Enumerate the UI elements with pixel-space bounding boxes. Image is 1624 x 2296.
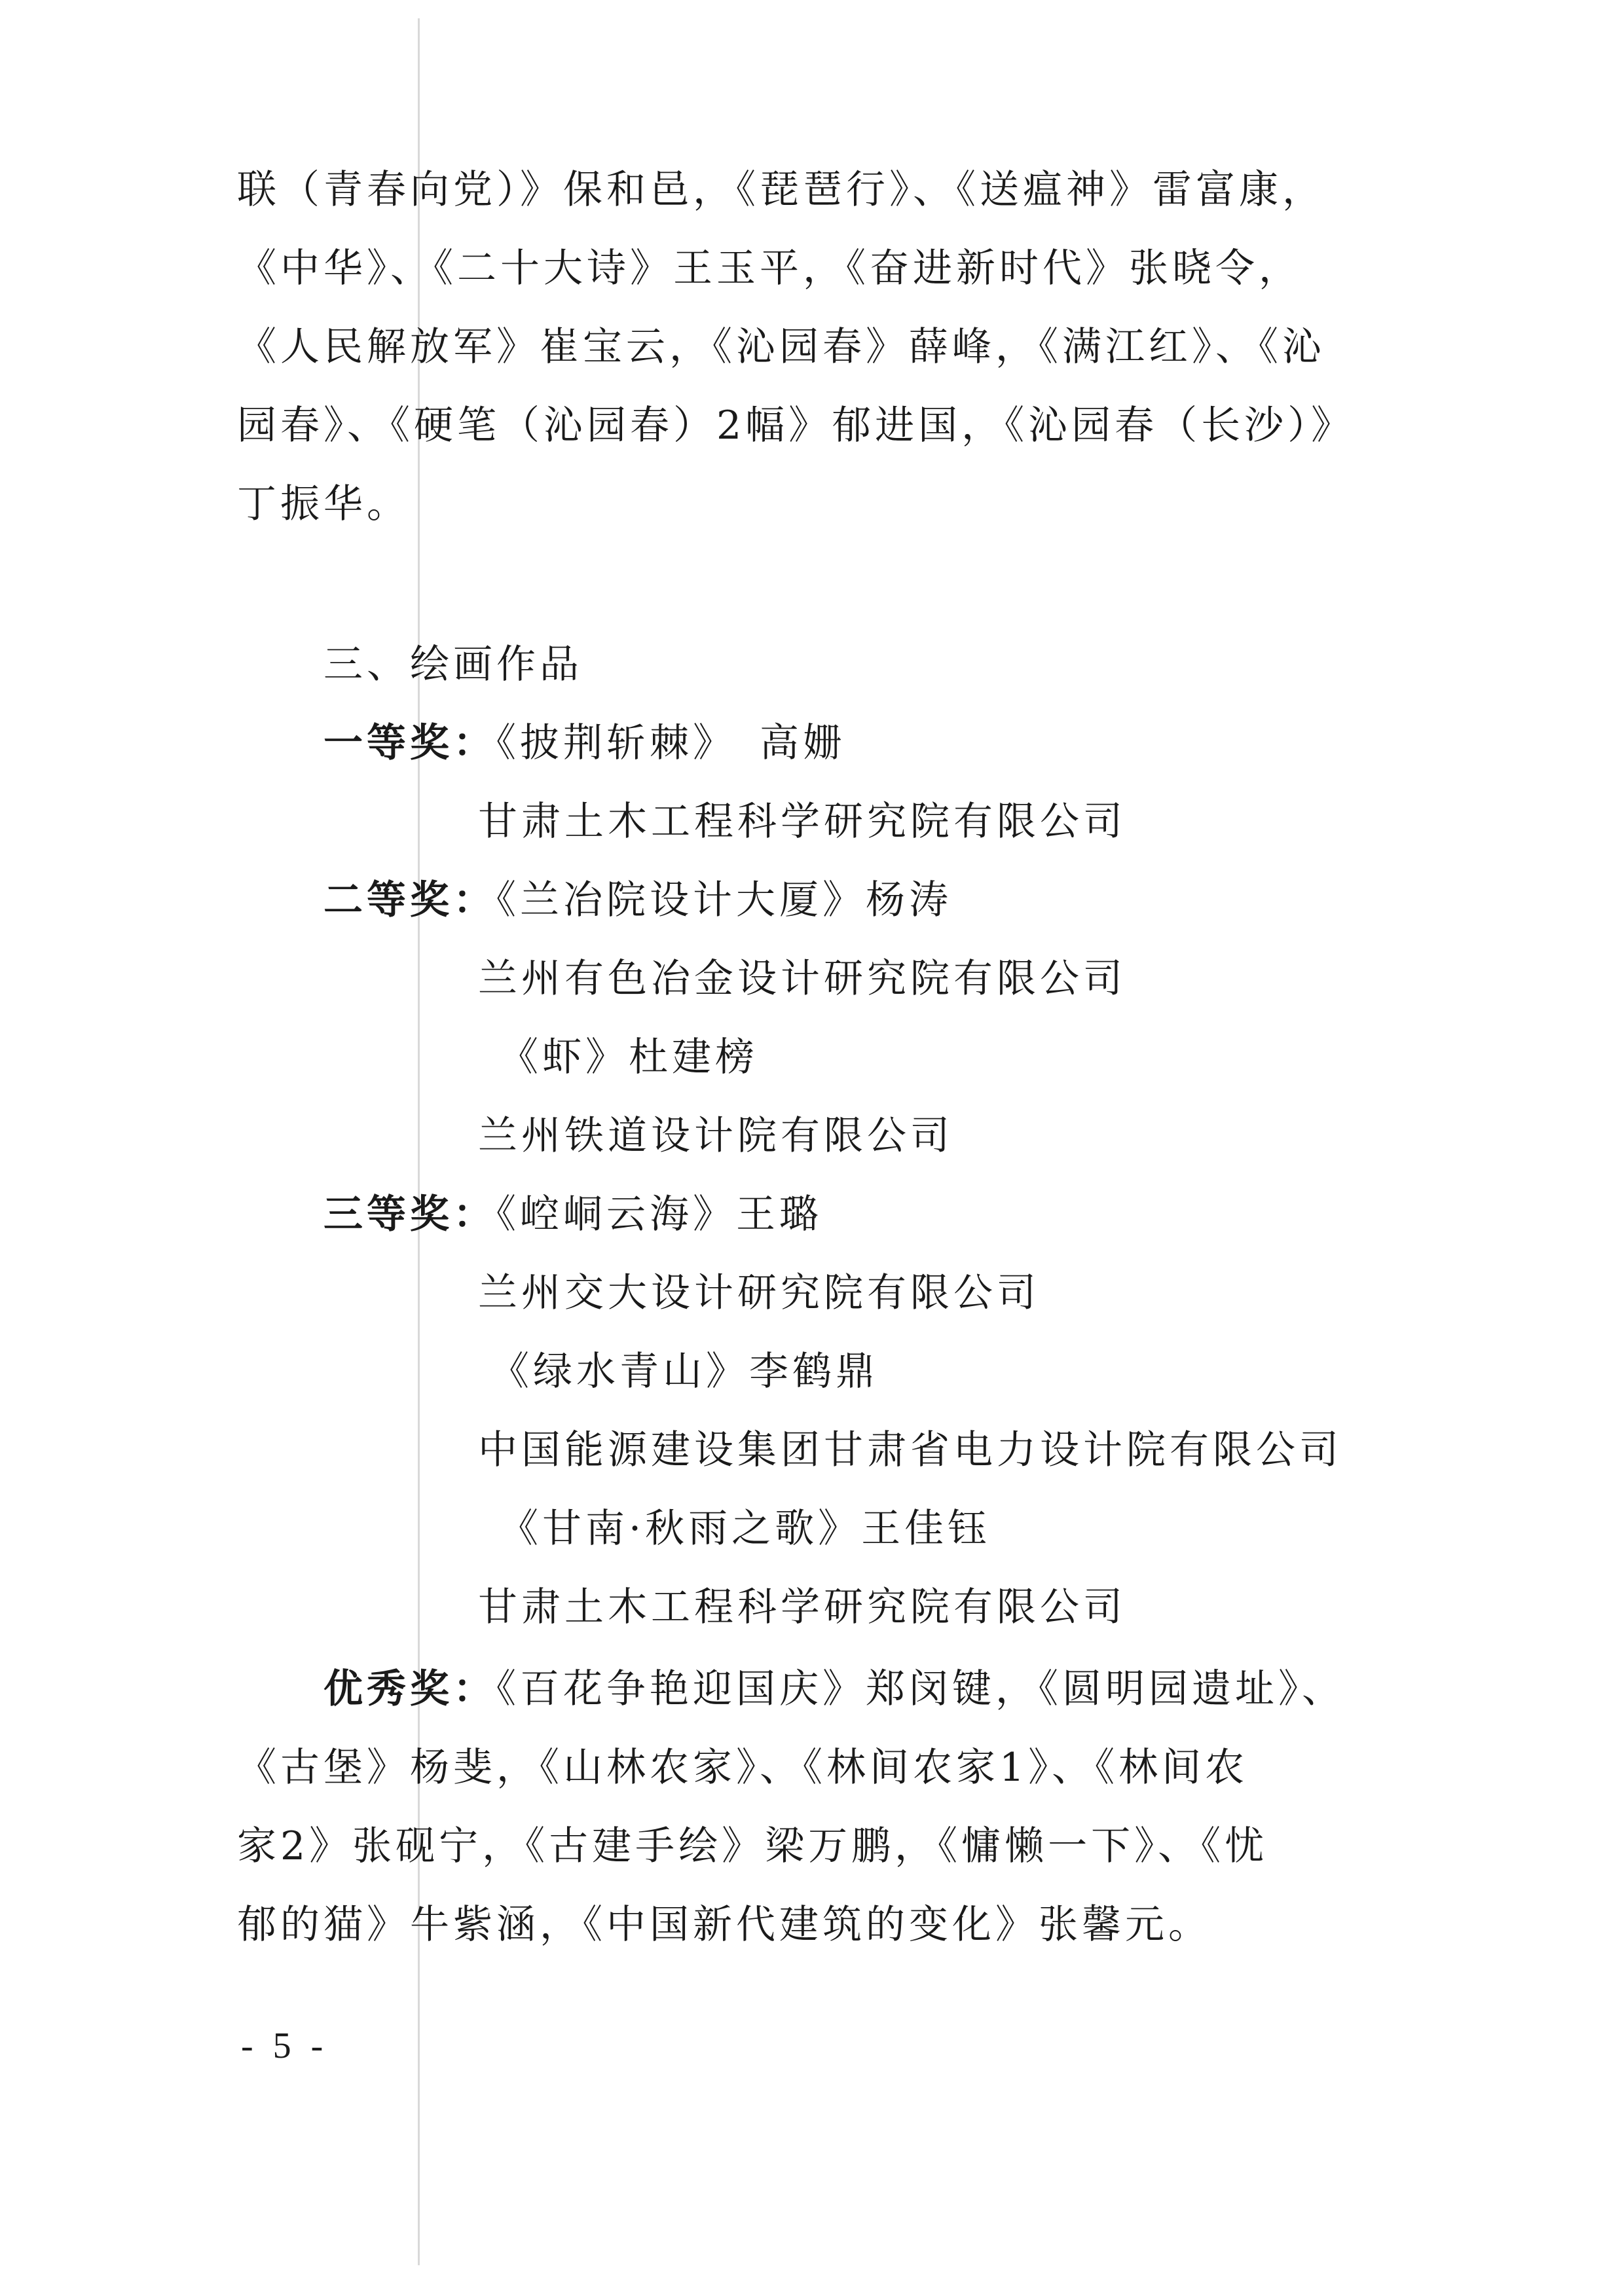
award-works-text: 《百花争艳迎国庆》郑闵键，《圆明园遗址》、 (496, 1666, 1345, 1712)
section-heading: 三、绘画作品 (323, 638, 583, 691)
award-work: 《甘南·秋雨之歌》王佳钰 (499, 1503, 991, 1555)
third-prize-row: 三等奖：《崆峒云海》王璐 (323, 1188, 822, 1241)
award-org: 甘肃土木工程科学研究院有限公司 (478, 1581, 1126, 1633)
award-work: 《兰冶院设计大厦》杨涛 (496, 877, 952, 923)
paragraph-line: 郁的猫》牛紫涵，《中国新代建筑的变化》张馨元。 (237, 1899, 1211, 1951)
paragraph-line: 《人民解放军》崔宝云，《沁园春》薛峰，《满江红》、《沁 (237, 321, 1325, 373)
paragraph-line: 家2》张砚宁，《古建手绘》梁万鹏，《慵懒一下》、《忧 (237, 1820, 1268, 1872)
excellence-prize-row: 优秀奖：《百花争艳迎国庆》郑闵键，《圆明园遗址》、 (323, 1663, 1345, 1715)
award-org: 甘肃土木工程科学研究院有限公司 (478, 795, 1126, 848)
paragraph-line: 《古堡》杨斐，《山林农家》、《林间农家1》、《林间农 (237, 1741, 1248, 1794)
first-prize-row: 一等奖：《披荆斩棘》 高姗 (323, 717, 846, 769)
award-org: 兰州有色冶金设计研究院有限公司 (478, 953, 1126, 1005)
award-org: 兰州铁道设计院有限公司 (478, 1110, 953, 1162)
paragraph-line: 《中华》、《二十大诗》王玉平，《奋进新时代》张晓令， (237, 242, 1302, 295)
third-prize-label: 三等奖： (323, 1192, 496, 1237)
award-work: 《披荆斩棘》 高姗 (496, 720, 846, 766)
page-number: - 5 - (241, 2023, 328, 2069)
second-prize-label: 二等奖： (323, 877, 496, 923)
paragraph-line: 联（青春向党）》保和邑，《琵琶行》、《送瘟神》雷富康， (237, 164, 1325, 216)
award-work: 《虾》杜建榜 (499, 1031, 758, 1084)
award-org: 中国能源建设集团甘肃省电力设计院有限公司 (478, 1424, 1342, 1476)
award-work: 《绿水青山》李鹤鼎 (490, 1345, 879, 1398)
first-prize-label: 一等奖： (323, 720, 496, 766)
second-prize-row: 二等奖：《兰冶院设计大厦》杨涛 (323, 874, 952, 926)
excellence-prize-label: 优秀奖： (323, 1666, 496, 1712)
award-org: 兰州交大设计研究院有限公司 (478, 1267, 1040, 1319)
award-work: 《崆峒云海》王璐 (496, 1192, 822, 1237)
paragraph-line: 园春》、《硬笔（沁园春）2幅》郁进国，《沁园春（长沙）》 (237, 399, 1354, 452)
paragraph-line: 丁振华。 (237, 478, 410, 530)
